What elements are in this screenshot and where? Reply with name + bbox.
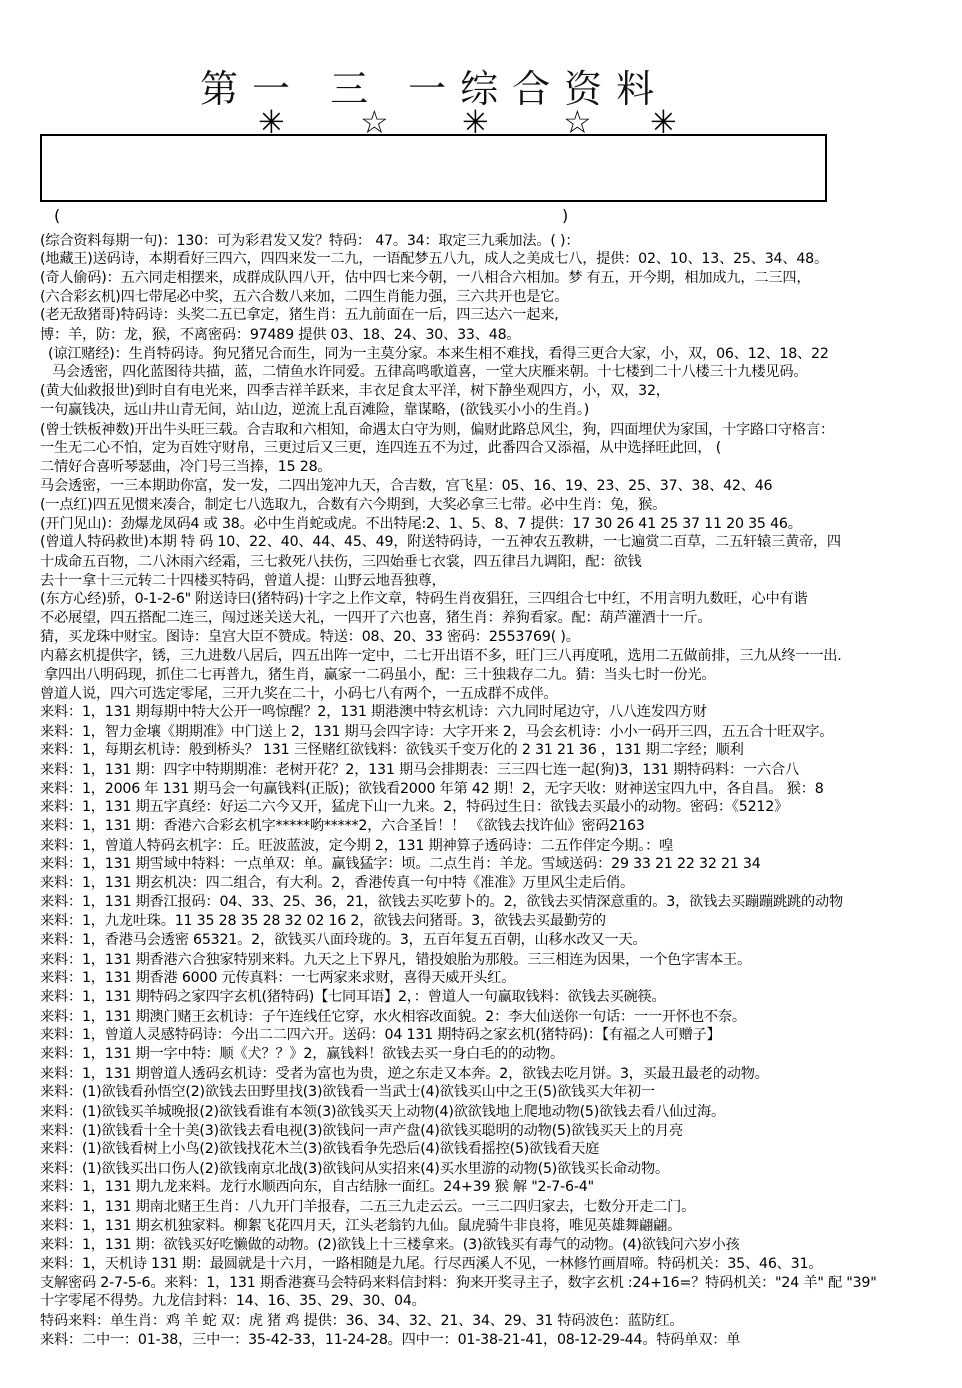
text-line: 特码来料：单生肖：鸡 羊 蛇 双：虎 猪 鸡 提供：36、34、32、21、34… — [40, 1312, 683, 1330]
text-line: 马会透密，一三本期助你富，发一发，二四出笼冲九天，合吉数，宫飞星：05、16、1… — [40, 477, 772, 495]
text-line: 来料：(1)欲钱看树上小鸟(2)欲钱找花木兰(3)欲钱看争先恐后(4)欲钱看摇控… — [40, 1140, 599, 1158]
text-line: 来料：1，131 期每期中特大公开一鸣惊醒？2，131 期港澳中特玄机诗：六九同… — [40, 703, 707, 721]
text-line: 来料：(1)欲钱看十全十美(3)欲钱去看电视(3)欲钱问一声产盘(4)欲钱买聪明… — [40, 1122, 683, 1140]
text-line: 来料：(1)欲钱看孙悟空(2)欲钱去田野里找(3)欲钱看一当武士(4)欲钱买山中… — [40, 1083, 655, 1101]
text-line: 来料：(1)欲钱买羊城晚报(2)欲钱看谁有本领(3)欲钱买天上动物(4)欲欲钱地… — [40, 1103, 725, 1121]
text-line: 来料：1，2006 年 131 期马会一句赢钱料(正版)；欲钱看2000 年第 … — [40, 780, 824, 798]
text-line: 来料：1，131 期：四字中特期期准：老树开花？2，131 期马会排期表：三三四… — [40, 761, 799, 779]
text-line: (曾士铁板神数)开出牛头旺三载。合吉取和六相知，命遇太白守为则，偏财此路总风尘，… — [40, 421, 834, 439]
text-line: 来料：1，每期玄机诗：般到桥头？ 131 三怪赌红欲钱料：欲钱买千变万化的 2 … — [40, 741, 744, 759]
text-line: 来料：1，香港马会透密 65321。2，欲钱买八面玲珑的。3，五百年复五百朝，山… — [40, 931, 646, 949]
text-line: 马会透密，四化蓝图待共描，蓝，二情鱼水许同爱。五律高鸣歌道喜，一堂大庆雁来朝。十… — [52, 363, 807, 381]
text-line: 十成命五百物，二八沐雨六经霜，三七救死八扶伤，三四始垂七衣裳，四五律吕九调阳，配… — [40, 553, 641, 571]
text-line: 来料：1，131 期玄机决：四二组合，有大利。2，香港传真一句中特《准准》万里风… — [40, 874, 634, 892]
text-line: 来料：1，曾道人灵感特码诗：今出二二四六开。送码：04 131 期特码之家玄机(… — [40, 1026, 721, 1044]
text-line: 来料：1，131 期九龙来料。龙行水顺西向东，自古结脉一面红。24+39 猴 解… — [40, 1178, 594, 1196]
text-line: 二情好合喜听琴瑟曲，冷门号三当捧，15 28。 — [40, 458, 331, 476]
text-line: 猜，买龙珠中财宝。图诗：皇宫大臣不赞成。特送：08、20、33 密码：25537… — [40, 628, 580, 646]
text-line: 支解密码 2-7-5-6。来料：1，131 期香港赛马会特码来料信封料：狗来开奖… — [40, 1274, 877, 1292]
text-line: 来料：1，131 期香江报码：04、33、25、36，21，欲钱去买吃萝卜的。2… — [40, 893, 843, 911]
text-line: (地藏王)送码诗，本期看好三四六，四四来发一二九，一语配梦五八九，成人之美成七八… — [40, 250, 828, 268]
text-line: 曾道人说，四六可选定零尾，三开九奖在二十，小码七八有两个，一五成群不成伴。 — [40, 685, 558, 703]
open-paren: ( — [54, 206, 60, 225]
text-line: 一生无二心不怕，定为百姓守财帛，三更过后又三更，连四连五不为过，此番四合又添福，… — [40, 439, 721, 457]
text-line: (谅江赌经)：生肖特码诗。狗兄猪兄合而生，同为一主莫分家。本来生相不难找，看得三… — [48, 345, 829, 363]
text-line: 来料：1，九龙吐珠。11 35 28 35 28 32 02 16 2，欲钱去问… — [40, 912, 606, 930]
text-line: (一点红)四五见惯来凑合，制定七八选取九，合数有六今期到，大奖必拿三七带。必中生… — [40, 496, 666, 514]
text-line: (开门见山)：劲爆龙凤码4 或 38。必中生肖蛇或虎。不出特尾:2、1、5、8、… — [40, 515, 802, 533]
text-line: 来料：1，131 期：香港六合彩玄机字*****哟*****2，六合圣旨！！ 《… — [40, 817, 645, 835]
text-line: 来料：(1)欲钱买出口伤人(2)欲钱南京北战(3)欲钱问从实招来(4)买水里游的… — [40, 1160, 669, 1178]
text-line: 来料：1，131 期：欲钱买好吃懒做的动物。(2)欲钱上十三楼拿来。(3)欲钱买… — [40, 1236, 740, 1254]
page-title: 第一 三 一综合资料 — [200, 58, 700, 104]
text-line: 一句赢钱决，远山井山青无间，站山边，逆流上乱百滩险，靠谋略，(欲钱买小小的生肖。… — [40, 401, 589, 419]
text-line: 来料：1，131 期玄机独家料。柳絮飞花四月天，江头老翁钓九仙。鼠虎骑牛非良将，… — [40, 1217, 681, 1235]
text-line: 去十一拿十三元转二十四楼买特码，曾道人提：山野云地吾独尊， — [40, 572, 446, 590]
text-line: 来料：1，131 期曾道人透码玄机诗：受者为富也为贵，逆之东走又本奔。2，欲钱去… — [40, 1065, 769, 1083]
text-line: 不必展望，四五搭配二连三，闯过迷关送大礼，一四开了六也喜，猪生肖：养狗看家。配：… — [40, 609, 711, 627]
text-line: (黄大仙救报世)到时自有电光来，四季吉祥羊跃来，丰衣足食太平洋，树下静坐观四方，… — [40, 382, 670, 400]
text-line: 来料：1，智力金壤《期期准》中门送上 2，131 期马会四字诗：大字开来 2，马… — [40, 723, 833, 741]
text-line: 内幕玄机提供字，锈，三九进数八居后，四五出阵一定中，二七开出语不多，旺门三八再度… — [40, 647, 842, 665]
text-line: (曾道人特码救世)本期 特 码 10、22、40、44、45、49，附送特码诗，… — [40, 533, 841, 551]
text-line: (老无敌猪哥)特码诗：头奖二五已拿定，猪生肖：五九前面在一后，四三达六一起来, — [40, 306, 559, 324]
text-line: 来料：1，131 期一字中特：顺《犬？？》2，赢钱料！欲钱去买一身白毛的的动物。 — [40, 1045, 564, 1063]
text-line: 来料：1，曾道人特码玄机字：丘。旺波蓝波，定今期 2，131 期神算子透码诗：二… — [40, 837, 673, 855]
text-line: 博：羊，防：龙，猴，不离密码：97489 提供 03、18、24、30、33、4… — [40, 326, 520, 344]
text-line: 来料：1，131 期南北赌王生肖：八九开门羊报春，二五三九走云云。一三二四归家去… — [40, 1198, 695, 1216]
text-line: (六合彩玄机)四七带尾必中奖，五六合数八来加，二四生肖能力强，三六共开也是它。 — [40, 288, 568, 306]
text-line: 来料：1，131 期香港 6000 元传真料：一七两家来求财，喜得天威开头红。 — [40, 969, 515, 987]
text-line: 来料：1，131 期雪域中特料：一点单双：单。赢钱猛字：顷。二点生肖：羊龙。雪域… — [40, 855, 761, 873]
blank-banner-box — [40, 134, 827, 202]
text-line: 来料：二中一：01-38，三中一：35-42-33，11-24-28。四中一：0… — [40, 1331, 740, 1349]
text-line: 来料：1，天机诗 131 期：最圆就是十六月，一路相随是九尾。行尽西溪人不见，一… — [40, 1255, 822, 1273]
text-line: 来料：1，131 期特码之家四字玄机(猪特码)【七同耳语】2，：曾道人一句赢取钱… — [40, 988, 666, 1006]
text-line: (奇人偷码)：五六同走相摆来，成群成队四八开，估中四七来今朝，一八相合六相加。梦… — [40, 269, 810, 287]
text-line: 来料：1，131 期香港六合独家特别来料。九天之上下界凡，错投娘胎为那般。三三相… — [40, 951, 751, 969]
text-line: (东方心经)骄，0-1-2-6" 附送诗曰(猪特码)十字之上作文章，特码生肖夜猖… — [40, 590, 807, 608]
close-paren: ) — [562, 206, 568, 225]
text-line: 来料：1，131 期澳门赌王玄机诗：子午连线任它穿，水火相容改面貌。2：李大仙送… — [40, 1008, 746, 1026]
text-line: 十字零尾不得势。九龙信封料：14、16、35、29、30、04。 — [40, 1292, 426, 1310]
text-line: (综合资料每期一句)：130：可为彩君发又发？特码： 47。34：取定三九乘加法… — [40, 232, 579, 250]
text-line: 拿四出八明码现，抓住二七再普九，猪生肖，赢家一二码虽小，配：三十独栽存二九。猜：… — [44, 666, 715, 684]
text-line: 来料：1，131 期五字真经：好运二六今又开，猛虎下山一九来。2，特码过生日：欲… — [40, 798, 788, 816]
